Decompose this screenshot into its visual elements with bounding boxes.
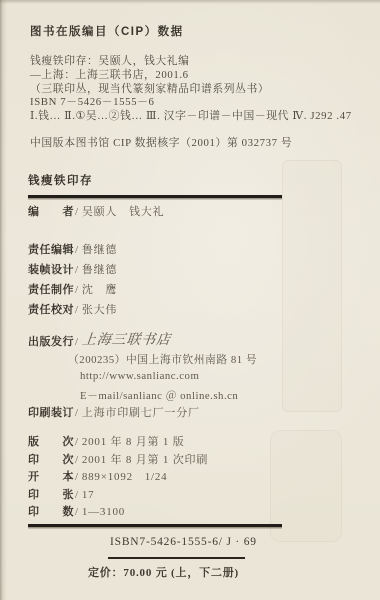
slash-separator: / bbox=[74, 489, 79, 501]
credit-row-sheets: 印 张/ 17 bbox=[28, 486, 94, 502]
isbn-underline bbox=[108, 557, 245, 559]
slash-separator: / bbox=[74, 336, 79, 348]
credit-value: 2001 年 8 月第 1 版 bbox=[82, 436, 185, 448]
price: 定价：70.00 元 (上，下二册) bbox=[88, 564, 239, 580]
credit-row-design: 装帧设计/ 鲁继德 bbox=[28, 261, 117, 277]
cip-line-isbn: ISBN 7－5426－1555－6 bbox=[30, 96, 375, 110]
credit-label: 责任编辑 bbox=[28, 244, 74, 256]
paper-showthrough-mark bbox=[282, 160, 342, 412]
cip-header: 图书在版编目（CIP）数据 bbox=[30, 23, 184, 39]
credit-row-proofreading: 责任校对/ 张大伟 bbox=[28, 301, 117, 317]
slash-separator: / bbox=[74, 284, 79, 296]
slash-separator: / bbox=[74, 244, 79, 256]
credit-value: 鲁继德 bbox=[82, 244, 117, 256]
copyright-page: 图书在版编目（CIP）数据 钱瘦铁印存：吴颐人，钱大礼编 —上海：上海三联书店，… bbox=[0, 0, 380, 600]
cip-line-title: 钱瘦铁印存：吴颐人，钱大礼编 bbox=[30, 55, 375, 69]
cip-line-classification: Ⅰ.钱… Ⅱ.①吴…②钱… Ⅲ. 汉字－印谱－中国－现代 Ⅳ. J292 .47 bbox=[30, 110, 375, 124]
slash-separator: / bbox=[74, 407, 79, 419]
credit-row-responsible-editor: 责任编辑/ 鲁继德 bbox=[28, 241, 117, 257]
credit-label: 责任校对 bbox=[28, 304, 74, 316]
credit-row-format: 开 本/ 889×1092 1/24 bbox=[28, 468, 167, 484]
credit-value: 上海市印刷七厂一分厂 bbox=[82, 407, 200, 419]
credit-label: 印刷装订 bbox=[28, 407, 74, 419]
credit-row-publisher: 出版发行/ 上海三联书店 bbox=[28, 330, 171, 350]
credit-label: 印 数 bbox=[28, 506, 74, 518]
credit-label: 编 者 bbox=[28, 206, 74, 218]
publisher-calligraphy: 上海三联书店 bbox=[81, 329, 172, 349]
credit-label: 开 本 bbox=[28, 471, 74, 483]
credit-value: 2001 年 8 月第 1 次印刷 bbox=[82, 454, 208, 466]
credit-label: 印 张 bbox=[28, 489, 74, 501]
credit-row-printing: 印刷装订/ 上海市印刷七厂一分厂 bbox=[28, 404, 200, 420]
credit-row-edition: 版 次/ 2001 年 8 月第 1 版 bbox=[28, 433, 185, 449]
book-title: 钱瘦铁印存 bbox=[28, 172, 93, 188]
slash-separator: / bbox=[74, 304, 79, 316]
publisher-address: （200235）中国上海市钦州南路 81 号 bbox=[68, 352, 257, 367]
credit-row-print-run: 印 数/ 1—3100 bbox=[28, 503, 125, 519]
cip-registration-number: 中国版本图书馆 CIP 数据核字（2001）第 032737 号 bbox=[30, 135, 292, 150]
divider-rule-bottom bbox=[28, 524, 282, 527]
slash-separator: / bbox=[74, 206, 79, 218]
slash-separator: / bbox=[74, 506, 79, 518]
scan-edge-left bbox=[0, 0, 7, 600]
slash-separator: / bbox=[74, 436, 79, 448]
credit-value: 17 bbox=[82, 489, 95, 501]
credit-label: 装帧设计 bbox=[28, 264, 74, 276]
credit-label: 印 次 bbox=[28, 454, 74, 466]
credit-row-production: 责任制作/ 沈 鹰 bbox=[28, 281, 117, 297]
credit-row-editor: 编 者/ 吴颐人 钱大礼 bbox=[28, 203, 164, 219]
credit-value: 1—3100 bbox=[82, 506, 125, 518]
isbn-number: ISBN7-5426-1555-6/ J · 69 bbox=[110, 536, 257, 548]
credit-value: 吴颐人 钱大礼 bbox=[82, 206, 165, 218]
scan-edge-top bbox=[0, 0, 380, 4]
divider-rule-top bbox=[28, 195, 282, 198]
credit-value: 889×1092 1/24 bbox=[82, 471, 168, 483]
credit-label: 出版发行 bbox=[28, 336, 74, 348]
cip-line-publisher: —上海：上海三联书店，2001.6 bbox=[30, 69, 375, 83]
credit-label: 责任制作 bbox=[28, 284, 74, 296]
cip-data-block: 钱瘦铁印存：吴颐人，钱大礼编 —上海：上海三联书店，2001.6 （三联印丛，现… bbox=[30, 55, 375, 124]
credit-label: 版 次 bbox=[28, 436, 74, 448]
slash-separator: / bbox=[74, 264, 79, 276]
publisher-website: http://www.sanlianc.com bbox=[80, 370, 199, 382]
credit-value: 沈 鹰 bbox=[82, 284, 117, 296]
credit-value: 鲁继德 bbox=[82, 264, 117, 276]
slash-separator: / bbox=[74, 471, 79, 483]
slash-separator: / bbox=[74, 454, 79, 466]
credit-value: 张大伟 bbox=[82, 304, 117, 316]
publisher-email: E－mail/sanlianc ＠ online.sh.cn bbox=[80, 388, 238, 403]
credit-row-impression: 印 次/ 2001 年 8 月第 1 次印刷 bbox=[28, 451, 208, 467]
cip-line-series: （三联印丛，现当代篆刻家精品印谱系列丛书） bbox=[30, 83, 375, 97]
